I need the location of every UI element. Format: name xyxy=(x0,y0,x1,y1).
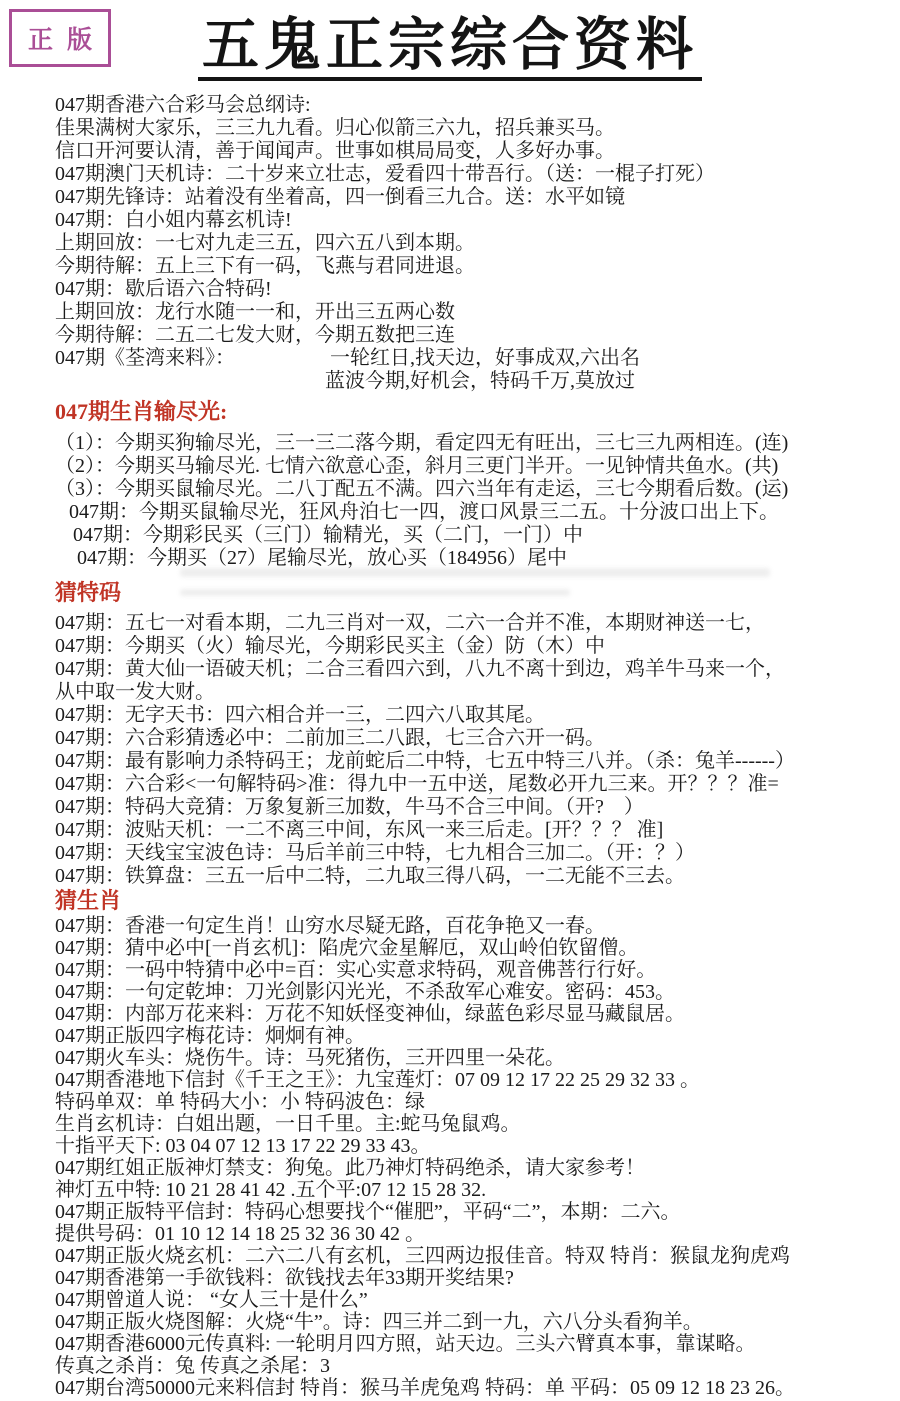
line-text: 047期香港地下信封《千王之王》：九宝莲灯：07 09 12 17 22 25 … xyxy=(55,1069,700,1091)
text-line: （2）：今期买马输尽光. 七情六欲意心歪，斜月三更门半开。一见钟情共鱼水。(共) xyxy=(55,455,894,478)
text-line: 蓝波今期,好机会，特码千万,莫放过 xyxy=(325,370,894,393)
line-text: 047期《荃湾来料》： xyxy=(55,347,235,369)
line-text: 今期待解：五上三下有一码，飞燕与君同进退。 xyxy=(55,255,475,277)
content: 047期香港六合彩马会总纲诗:佳果满树大家乐，三三九九看。归心似箭三六九，招兵兼… xyxy=(55,94,894,1399)
line-text: 047期：今期买鼠输尽光，狂风舟泊七一四，渡口风景三二五。十分波口出上下。 xyxy=(69,501,779,523)
text-line: （3）：今期买鼠输尽光。二八丁配五不满。四六当年有走运，三七今期看后数。(运) xyxy=(55,478,894,501)
text-line: 047期：歇后语六合特码! xyxy=(55,278,894,301)
line-text: 十指平天下: 03 04 07 12 13 17 22 29 33 43。 xyxy=(55,1135,431,1157)
section-heading: 猜生肖 xyxy=(55,888,894,913)
line-text: 047期火车头：烧伤牛。诗：马死猪伤，三开四里一朵花。 xyxy=(55,1047,565,1069)
text-line: 047期香港地下信封《千王之王》：九宝莲灯：07 09 12 17 22 25 … xyxy=(55,1069,894,1091)
text-line: 047期：六合彩猜透必中：二前加三二八跟，七三合六开一码。 xyxy=(55,727,894,750)
line-text: 047期：无字天书：四六相合并一三，二四六八取其尾。 xyxy=(55,704,545,726)
line-text: 蓝波今期,好机会，特码千万,莫放过 xyxy=(325,370,635,392)
line-text: 047期：五七一对看本期，二九三肖对一双，二六一合并不准，本期财神送一七， xyxy=(55,612,765,634)
text-line: 047期：今期买鼠输尽光，狂风舟泊七一四，渡口风景三二五。十分波口出上下。 xyxy=(69,501,894,524)
line-text: 从中取一发大财。 xyxy=(55,681,215,703)
text-line: 047期：五七一对看本期，二九三肖对一双，二六一合并不准，本期财神送一七， xyxy=(55,612,894,635)
line-text: 047期香港第一手欲钱料：欲钱找去年33期开奖结果? xyxy=(55,1267,514,1289)
line-text: 047期：白小姐内幕玄机诗! xyxy=(55,209,292,231)
text-line: 047期：波贴天机：一二不离三中间，东风一来三后走。[开？？？ 准] xyxy=(55,819,894,842)
cai-shengxiao: 猜生肖047期：香港一句定生肖！山穷水尽疑无路，百花争艳又一春。047期：猜中必… xyxy=(55,888,894,1399)
line-text: 047期：猜中必中[一肖玄机]：陷虎穴金星解厄，双山岭伯钦留僧。 xyxy=(55,937,638,959)
line-text: 047期：最有影响力杀特码王；龙前蛇后二中特，七五中特三八并。（杀：兔羊----… xyxy=(55,750,795,772)
text-line: 047期：白小姐内幕玄机诗! xyxy=(55,209,894,232)
text-line: 提供号码：01 10 12 14 18 25 32 36 30 42 。 xyxy=(55,1223,894,1245)
text-line: 047期正版火烧图解：火烧“牛”。诗：四三并二到一九，六八分头看狗羊。 xyxy=(55,1311,894,1333)
text-line: 047期香港六合彩马会总纲诗: xyxy=(55,94,894,117)
text-line: （1）：今期买狗输尽光，三一三二落今期，看定四无有旺出，三七三九两相连。(连) xyxy=(55,432,894,455)
text-line: 今期待解：二五二七发大财，今期五数把三连 xyxy=(55,324,894,347)
text-line: 047期：内部万花来料：万花不知妖怪变神仙，绿蓝色彩尽显马藏鼠居。 xyxy=(55,1003,894,1025)
authentic-badge-label: 正版 xyxy=(28,27,106,54)
line-text: 047期澳门天机诗：二十岁来立壮志，爱看四十带吾行。（送：一棍子打死） xyxy=(55,163,715,185)
line-text: 047期：一码中特猜中必中=百：实心实意求特码，观音佛菩行行好。 xyxy=(55,959,656,981)
text-line: 047期：最有影响力杀特码王；龙前蛇后二中特，七五中特三八并。（杀：兔羊----… xyxy=(55,750,894,773)
text-line: 047期：铁算盘：三五一后中二特，二九取三得八码，一二无能不三去。 xyxy=(55,865,894,888)
line-text: 信口开河要认清，善于闻闻声。世事如棋局局变，人多好办事。 xyxy=(55,140,615,162)
line-text: 047期：内部万花来料：万花不知妖怪变神仙，绿蓝色彩尽显马藏鼠居。 xyxy=(55,1003,685,1025)
line-text: 猜特码 xyxy=(55,580,121,605)
text-line: 047期：猜中必中[一肖玄机]：陷虎穴金星解厄，双山岭伯钦留僧。 xyxy=(55,937,894,959)
line-text: 047期：今期买（27）尾输尽光，放心买（184956）尾中 xyxy=(77,547,567,569)
text-line: 047期澳门天机诗：二十岁来立壮志，爱看四十带吾行。（送：一棍子打死） xyxy=(55,163,894,186)
text-line: 047期：一句定乾坤：刀光剑影闪光光，不杀敌军心难安。密码：453。 xyxy=(55,981,894,1003)
text-line: 佳果满树大家乐，三三九九看。归心似箭三六九，招兵兼买马。 xyxy=(55,117,894,140)
text-line: 047期：六合彩<一句解特码>准：得九中一五中送，尾数必开九三来。开？？？准= xyxy=(55,773,894,796)
text-line: 047期：天线宝宝波色诗：马后羊前三中特，七九相合三加二。（开：？） xyxy=(55,842,894,865)
line-text: 047期生肖输尽光: xyxy=(55,399,227,424)
cai-tema: 猜特码047期：五七一对看本期，二九三肖对一双，二六一合并不准，本期财神送一七，… xyxy=(55,580,894,888)
text-line: 047期火车头：烧伤牛。诗：马死猪伤，三开四里一朵花。 xyxy=(55,1047,894,1069)
line-text: 猜生肖 xyxy=(55,888,121,913)
line-text: 047期正版特平信封：特码心想要找个“催肥”，平码“二”，本期：二六。 xyxy=(55,1201,681,1223)
line-text: （3）：今期买鼠输尽光。二八丁配五不满。四六当年有走运，三七今期看后数。(运) xyxy=(55,478,788,500)
text-line: 047期：黄大仙一语破天机；二合三看四六到，八九不离十到边，鸡羊牛马来一个， xyxy=(55,658,894,681)
line-text: 047期台湾50000元来料信封 特肖：猴马羊虎兔鸡 特码：单 平码：05 09… xyxy=(55,1377,795,1399)
line-text: 佳果满树大家乐，三三九九看。归心似箭三六九，招兵兼买马。 xyxy=(55,117,615,139)
line-text: 提供号码：01 10 12 14 18 25 32 36 30 42 。 xyxy=(55,1223,425,1245)
text-line: 047期：无字天书：四六相合并一三，二四六八取其尾。 xyxy=(55,704,894,727)
line-text: （2）：今期买马输尽光. 七情六欲意心歪，斜月三更门半开。一见钟情共鱼水。(共) xyxy=(55,455,778,477)
line-text: 047期正版火烧玄机：二六二八有玄机，三四两边报佳音。特双 特肖：猴鼠龙狗虎鸡 xyxy=(55,1245,790,1267)
text-line: 047期香港6000元传真料: 一轮明月四方照，站天边。三头六臂真本事，靠谋略。 xyxy=(55,1333,894,1355)
text-line: 上期回放：龙行水随一一和，开出三五两心数 xyxy=(55,301,894,324)
line-text: 047期曾道人说： “女人三十是什么” xyxy=(55,1289,368,1311)
line-text: 神灯五中特: 10 21 28 41 42 .五个平:07 12 15 28 3… xyxy=(55,1179,486,1201)
authentic-badge: 正版 xyxy=(9,9,111,67)
text-line: 047期香港第一手欲钱料：欲钱找去年33期开奖结果? xyxy=(55,1267,894,1289)
page-title: 五鬼正宗综合资料 xyxy=(198,16,702,81)
text-line: 传真之杀肖：兔 传真之杀尾：3 xyxy=(55,1355,894,1377)
text-line: 047期：今期彩民买（三门）输精光，买（二门，一门）中 xyxy=(73,524,894,547)
text-line: 047期正版四字梅花诗：炯炯有神。 xyxy=(55,1025,894,1047)
line-text: 047期：铁算盘：三五一后中二特，二九取三得八码，一二无能不三去。 xyxy=(55,865,685,887)
line-text: 上期回放：龙行水随一一和，开出三五两心数 xyxy=(55,301,455,323)
line-text: 047期：歇后语六合特码! xyxy=(55,278,272,300)
line-text: 047期香港六合彩马会总纲诗: xyxy=(55,94,311,116)
line-text: 047期：天线宝宝波色诗：马后羊前三中特，七九相合三加二。（开：？） xyxy=(55,842,695,864)
line-text: 047期正版四字梅花诗：炯炯有神。 xyxy=(55,1025,365,1047)
text-line: 047期红姐正版神灯禁支：狗兔。此乃神灯特码绝杀，请大家参考！ xyxy=(55,1157,894,1179)
line-text: 047期：六合彩<一句解特码>准：得九中一五中送，尾数必开九三来。开？？？准= xyxy=(55,773,779,795)
section-heading: 047期生肖输尽光: xyxy=(55,399,894,424)
line-text: （1）：今期买狗输尽光，三一三二落今期，看定四无有旺出，三七三九两相连。(连) xyxy=(55,432,788,454)
text-line: 047期：今期买（火）输尽光，今期彩民买主（金）防（木）中 xyxy=(55,635,894,658)
text-line: 生肖玄机诗：白姐出题，一日千里。主:蛇马兔鼠鸡。 xyxy=(55,1113,894,1135)
text-line: 047期正版火烧玄机：二六二八有玄机，三四两边报佳音。特双 特肖：猴鼠龙狗虎鸡 xyxy=(55,1245,894,1267)
text-line: 047期：香港一句定生肖！山穷水尽疑无路，百花争艳又一春。 xyxy=(55,915,894,937)
line-text: 047期：一句定乾坤：刀光剑影闪光光，不杀敌军心难安。密码：453。 xyxy=(55,981,675,1003)
text-line: 047期曾道人说： “女人三十是什么” xyxy=(55,1289,894,1311)
line-text: 047期正版火烧图解：火烧“牛”。诗：四三并二到一九，六八分头看狗羊。 xyxy=(55,1311,703,1333)
line-text-right: 一轮红日,找天边，好事成双,六出名 xyxy=(330,347,640,370)
line-text: 047期：波贴天机：一二不离三中间，东风一来三后走。[开？？？ 准] xyxy=(55,819,663,841)
line-text: 特码单双：单 特码大小：小 特码波色：绿 xyxy=(55,1091,425,1113)
line-text: 047期：特码大竞猜：万象复新三加数，牛马不合三中间。（开? ） xyxy=(55,796,644,818)
text-line: 047期：今期买（27）尾输尽光，放心买（184956）尾中 xyxy=(77,547,894,570)
line-text: 今期待解：二五二七发大财，今期五数把三连 xyxy=(55,324,455,346)
zonggang-poems: 047期香港六合彩马会总纲诗:佳果满树大家乐，三三九九看。归心似箭三六九，招兵兼… xyxy=(55,94,894,393)
text-line: 从中取一发大财。 xyxy=(55,681,894,704)
line-text: 生肖玄机诗：白姐出题，一日千里。主:蛇马兔鼠鸡。 xyxy=(55,1113,521,1135)
text-line: 047期台湾50000元来料信封 特肖：猴马羊虎兔鸡 特码：单 平码：05 09… xyxy=(55,1377,894,1399)
line-text: 上期回放：一七对九走三五，四六五八到本期。 xyxy=(55,232,475,254)
line-text: 047期：今期买（火）输尽光，今期彩民买主（金）防（木）中 xyxy=(55,635,605,657)
text-line: 特码单双：单 特码大小：小 特码波色：绿 xyxy=(55,1091,894,1113)
line-text: 传真之杀肖：兔 传真之杀尾：3 xyxy=(55,1355,330,1377)
line-text: 047期：六合彩猜透必中：二前加三二八跟，七三合六开一码。 xyxy=(55,727,605,749)
text-line: 047期先锋诗：站着没有坐着高，四一倒看三九合。送：水平如镜 xyxy=(55,186,894,209)
page-header: 五鬼正宗综合资料 xyxy=(0,0,900,90)
text-line: 047期《荃湾来料》：一轮红日,找天边，好事成双,六出名 xyxy=(55,347,894,370)
text-line: 今期待解：五上三下有一码，飞燕与君同进退。 xyxy=(55,255,894,278)
text-line: 神灯五中特: 10 21 28 41 42 .五个平:07 12 15 28 3… xyxy=(55,1179,894,1201)
text-line: 上期回放：一七对九走三五，四六五八到本期。 xyxy=(55,232,894,255)
shengxiao-shujinguang: 047期生肖输尽光:（1）：今期买狗输尽光，三一三二落今期，看定四无有旺出，三七… xyxy=(55,399,894,570)
text-line: 信口开河要认清，善于闻闻声。世事如棋局局变，人多好办事。 xyxy=(55,140,894,163)
text-line: 十指平天下: 03 04 07 12 13 17 22 29 33 43。 xyxy=(55,1135,894,1157)
text-line: 047期：一码中特猜中必中=百：实心实意求特码，观音佛菩行行好。 xyxy=(55,959,894,981)
line-text: 047期：今期彩民买（三门）输精光，买（二门，一门）中 xyxy=(73,524,583,546)
line-text: 047期先锋诗：站着没有坐着高，四一倒看三九合。送：水平如镜 xyxy=(55,186,625,208)
text-line: 047期正版特平信封：特码心想要找个“催肥”，平码“二”，本期：二六。 xyxy=(55,1201,894,1223)
section-heading: 猜特码 xyxy=(55,580,894,606)
line-text: 047期：香港一句定生肖！山穷水尽疑无路，百花争艳又一春。 xyxy=(55,915,605,937)
text-line: 047期：特码大竞猜：万象复新三加数，牛马不合三中间。（开? ） xyxy=(55,796,894,819)
line-text: 047期香港6000元传真料: 一轮明月四方照，站天边。三头六臂真本事，靠谋略。 xyxy=(55,1333,756,1355)
line-text: 047期红姐正版神灯禁支：狗兔。此乃神灯特码绝杀，请大家参考！ xyxy=(55,1157,645,1179)
line-text: 047期：黄大仙一语破天机；二合三看四六到，八九不离十到边，鸡羊牛马来一个， xyxy=(55,658,785,680)
